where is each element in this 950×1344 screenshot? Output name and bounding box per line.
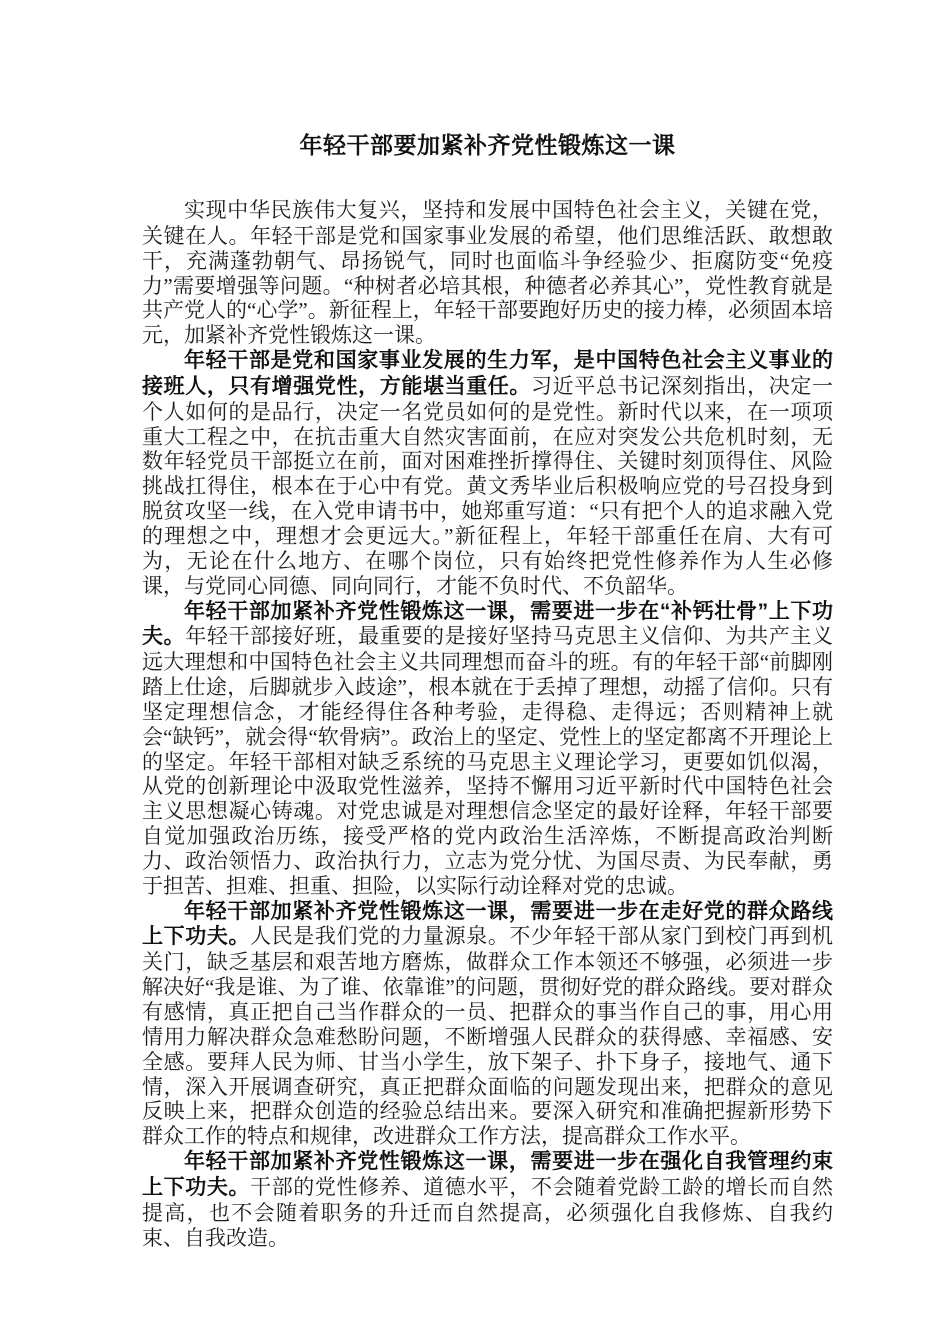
paragraph-text: 年轻干部接好班，最重要的是接好坚持马克思主义信仰、为共产主义远大理想和中国特色社…: [142, 624, 833, 897]
document-page: 年轻干部要加紧补齐党性锻炼这一课 实现中华民族伟大复兴，坚持和发展中国特色社会主…: [0, 0, 950, 1344]
paragraph-text: 人民是我们党的力量源泉。不少年轻干部从家门到校门再到机关门，缺乏基层和艰苦地方磨…: [142, 924, 833, 1148]
paragraph-intro: 实现中华民族伟大复兴，坚持和发展中国特色社会主义，关键在党，关键在人。年轻干部是…: [142, 198, 833, 348]
paragraph-successors: 年轻干部是党和国家事业发展的生力军，是中国特色社会主义事业的接班人，只有增强党性…: [142, 348, 833, 598]
paragraph-calcium: 年轻干部加紧补齐党性锻炼这一课，需要进一步在“补钙壮骨”上下功夫。年轻干部接好班…: [142, 599, 833, 899]
paragraph-text: 习近平总书记深刻指出，决定一个人如何的是品行，决定一名党员如何的是党性。新时代以…: [142, 374, 833, 598]
paragraph-self-discipline: 年轻干部加紧补齐党性锻炼这一课，需要进一步在强化自我管理约束上下功夫。干部的党性…: [142, 1149, 833, 1250]
paragraph-mass-line: 年轻干部加紧补齐党性锻炼这一课，需要进一步在走好党的群众路线上下功夫。人民是我们…: [142, 899, 833, 1149]
paragraph-text: 实现中华民族伟大复兴，坚持和发展中国特色社会主义，关键在党，关键在人。年轻干部是…: [142, 198, 833, 347]
document-body: 实现中华民族伟大复兴，坚持和发展中国特色社会主义，关键在党，关键在人。年轻干部是…: [142, 198, 833, 1250]
document-title: 年轻干部要加紧补齐党性锻炼这一课: [142, 130, 833, 160]
